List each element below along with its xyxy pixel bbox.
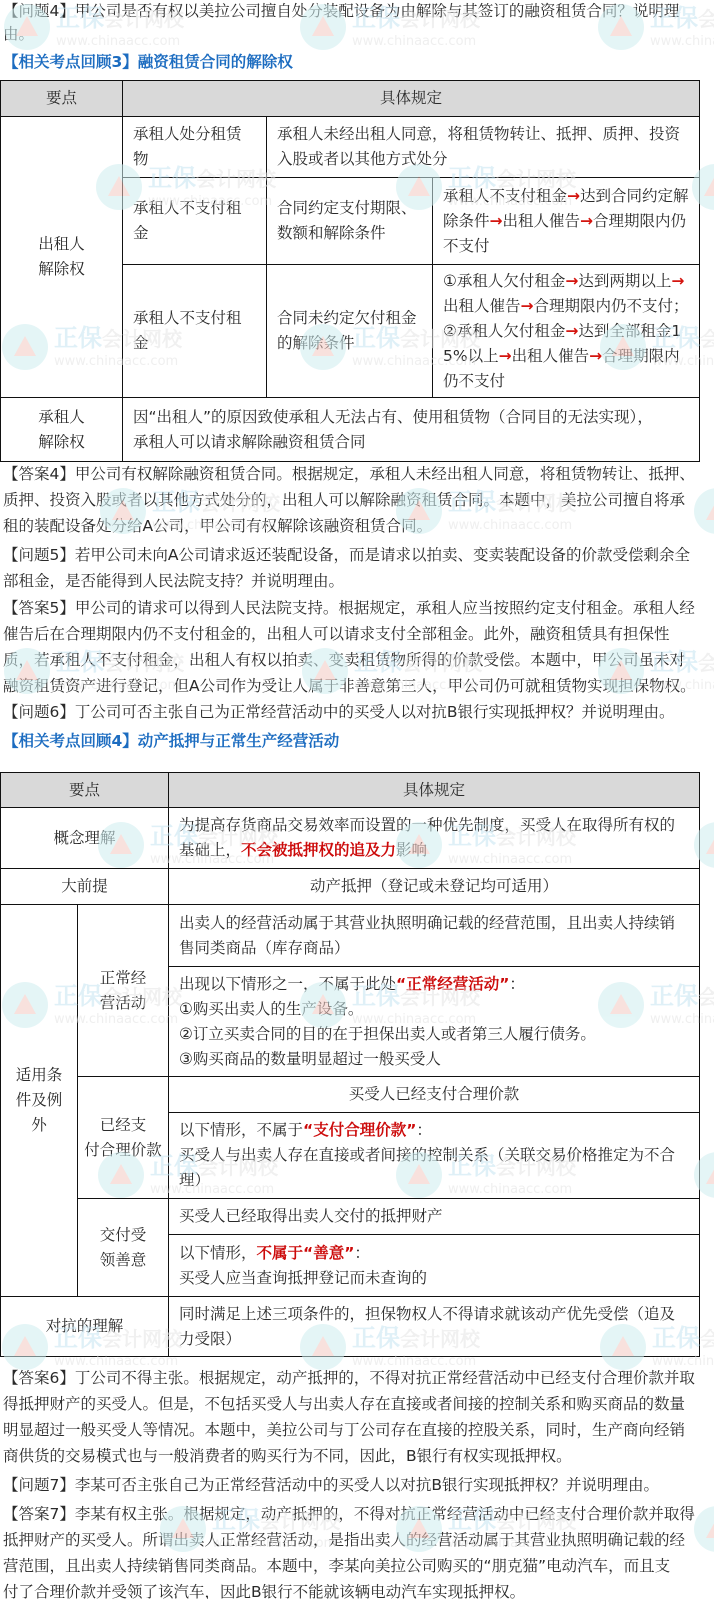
brand-sub: 会计网校 — [700, 327, 714, 351]
detail-cell: ①承租人欠付租金→达到两期以上→ 出租人催告→合理期限内仍不支付； ②承租人欠付… — [433, 265, 700, 398]
emphasis-text: “正常经营活动” — [396, 975, 509, 993]
cell-line: 以下情形，不属于“支付合理价款”： — [179, 1118, 689, 1143]
answer-5: 【答案5】甲公司的请求可以得到人民法院支持。根据规定，承租人应当按照约定支付租金… — [3, 595, 714, 699]
text-line: 明显超过一般买受人等情况。本题中，美拉公司与丁公司存在直接的控股关系，同时，生产… — [3, 1417, 714, 1443]
cell-line: 金 — [133, 331, 256, 356]
label-line: 营活动 — [82, 991, 164, 1016]
text-line: 融资租赁资产进行登记，但A公司作为受让人属于非善意第三人，甲公司仍可就租赁物实现… — [3, 673, 714, 699]
cell-line: ①承租人欠付租金→达到两期以上→ — [443, 269, 689, 294]
label-line: 出租人 — [5, 232, 118, 257]
answer-6: 【答案6】丁公司不得主张。根据规定，动产抵押的，不得对抗正常经营活动中已经支付合… — [3, 1365, 714, 1469]
text-line: 抵押财产的买受人。所谓出卖人正常经营活动，是指出卖人的经营活动属于其营业执照明确… — [3, 1527, 714, 1553]
cell-line: 合同未约定欠付租金 — [277, 306, 422, 331]
table-chattel-mortgage: 要点 具体规定 概念理解 为提高存货商品交易效率而设置的一种优先制度，买受人在取… — [0, 772, 700, 1357]
detail-cell: 出现以下情形之一，不属于此处“正常经营活动”： ①购买出卖人的生产设备。 ②订立… — [169, 967, 700, 1077]
cell-line: 数额和解除条件 — [277, 221, 422, 246]
brand-sub: 会计网校 — [700, 1327, 714, 1351]
arrow-right-icon: → — [671, 272, 684, 290]
arrow-right-icon: → — [490, 212, 503, 230]
detail-cell: 以下情形，不属于“支付合理价款”： 买受人与出卖人存在直接或者间接的控制关系（关… — [169, 1113, 700, 1199]
cell-line: 买受人应当查询抵押登记而未查询的 — [179, 1266, 689, 1291]
text: 以下情形， — [179, 1244, 257, 1262]
condition-cell: 承租人处分租赁 物 — [123, 117, 267, 178]
row-label-concept: 概念理解 — [1, 808, 169, 869]
cell-line: 以下情形，不属于“善意”： — [179, 1241, 689, 1266]
brand-sub: 会计网校 — [698, 985, 714, 1009]
cell-line: 出现以下情形之一，不属于此处“正常经营活动”： — [179, 972, 689, 997]
label-line: 解除权 — [5, 430, 118, 455]
cell-line: 承租人不支付租金→达到合同约定解 — [443, 184, 689, 209]
cell-line: 承租人处分租赁 — [133, 122, 256, 147]
label-line: 正常经 — [82, 966, 164, 991]
detail-cell: 为提高存货商品交易效率而设置的一种优先制度，买受人在取得所有权的 基础上，不会被… — [169, 808, 700, 869]
label-line: 交付受 — [82, 1223, 164, 1248]
table-row: 承租人 解除权 因“出租人”的原因致使承租人无法占有、使用租赁物（合同目的无法实… — [1, 398, 700, 462]
cell-line: 同时满足上述三项条件的，担保物权人不得请求就该动产优先受偿（追及 — [179, 1302, 689, 1327]
cell-line: 承租人可以请求解除融资租赁合同 — [133, 430, 689, 455]
label-line: 适用条 — [5, 1063, 73, 1088]
text: 影响 — [396, 841, 427, 859]
header-specific-rules: 具体规定 — [169, 773, 700, 808]
detail-cell: 动产抵押（登记或未登记均可适用） — [169, 869, 700, 905]
header-specific-rules: 具体规定 — [123, 81, 700, 117]
cell-line: ②订立买卖合同的目的在于担保出卖人或者第三人履行债务。 — [179, 1022, 689, 1047]
arrow-right-icon: → — [521, 297, 534, 315]
detail-cell: 买受人已经取得出卖人交付的抵押财产 — [169, 1199, 700, 1235]
text-line: 质押、投资入股或者以其他方式处分的，出租人可以解除融资租赁合同。本题中，美拉公司… — [3, 487, 714, 513]
text-line: 【问题6】丁公司可否主张自己为正常经营活动中的买受人以对抗B银行实现抵押权？并说… — [3, 699, 714, 725]
text-line: 租的装配设备处分给A公司，甲公司有权解除该融资租赁合同。 — [3, 513, 714, 539]
label-line: 领善意 — [82, 1248, 164, 1273]
cell-line: 承租人不支付租 — [133, 196, 256, 221]
label-line: 件及例 — [5, 1088, 73, 1113]
condition-cell: 承租人不支付租 金 — [123, 178, 267, 265]
cell-line: 售同类商品（库存商品） — [179, 936, 689, 961]
section-heading-review-4: 【相关考点回顾4】动产抵押与正常生产经营活动 — [3, 730, 339, 752]
cell-line: 出卖人的经营活动属于其营业执照明确记载的经营范围，且出卖人持续销 — [179, 911, 689, 936]
detail-cell: 出卖人的经营活动属于其营业执照明确记载的经营范围，且出卖人持续销 售同类商品（库… — [169, 905, 700, 967]
text-line: 商供货的交易模式也与一般消费者的购买行为不同，因此，B银行有权实现抵押权。 — [3, 1443, 714, 1469]
answer-4: 【答案4】甲公司有权解除融资租赁合同。根据规定，承租人未经出租人同意，将租赁物转… — [3, 461, 714, 539]
arrow-right-icon: → — [565, 322, 578, 340]
label-line: 承租人 — [5, 405, 118, 430]
case-cell: 合同约定支付期限、 数额和解除条件 — [267, 178, 433, 265]
arrow-right-icon: → — [567, 187, 580, 205]
emphasis-text: “支付合理价款” — [303, 1121, 416, 1139]
cell-line: 除条件→出租人催告→合理期限内仍 — [443, 209, 689, 234]
cell-line: 仍不支付 — [443, 369, 689, 394]
text-line: 【答案7】李某有权主张。根据规定，动产抵押的，不得对抗正常经营活动中已经支付合理… — [3, 1501, 714, 1527]
row-label-applicable-conditions: 适用条 件及例 外 — [1, 905, 78, 1297]
text-line: 质，若承租人不支付租金，出租人有权以拍卖、变卖租赁物所得的价款受偿。本题中，甲公… — [3, 647, 714, 673]
table-row: 概念理解 为提高存货商品交易效率而设置的一种优先制度，买受人在取得所有权的 基础… — [1, 808, 700, 869]
question-6: 【问题6】丁公司可否主张自己为正常经营活动中的买受人以对抗B银行实现抵押权？并说… — [3, 699, 714, 725]
question-4: 【问题4】甲公司是否有权以美拉公司擅自处分装配设备为由解除与其签订的融资租赁合同… — [3, 0, 714, 46]
sublabel-delivery-good-faith: 交付受 领善意 — [78, 1199, 169, 1297]
label-line: 外 — [5, 1113, 73, 1138]
cell-line: 基础上，不会被抵押权的追及力影响 — [179, 838, 689, 863]
sublabel-paid-price: 已经支 付合理价款 — [78, 1077, 169, 1199]
text: 基础上， — [179, 841, 241, 859]
arrow-right-icon: → — [589, 347, 602, 365]
detail-cell: 以下情形，不属于“善意”： 买受人应当查询抵押登记而未查询的 — [169, 1235, 700, 1297]
arrow-right-icon: → — [565, 272, 578, 290]
cell-line: 理） — [179, 1168, 689, 1193]
question-7: 【问题7】李某可否主张自己为正常经营活动中的买受人以对抗B银行实现抵押权？并说明… — [3, 1472, 714, 1498]
cell-line: 力受限） — [179, 1327, 689, 1352]
text-line: 付了合理价款并受领了该汽车，因此B银行不能就该辆电动汽车实现抵押权。 — [3, 1579, 714, 1599]
table-header-row: 要点 具体规定 — [1, 81, 700, 117]
cell-line: 5%以上→出租人催告→合理期限内 — [443, 344, 689, 369]
cell-line: 买受人与出卖人存在直接或者间接的控制关系（关联交易价格推定为不合 — [179, 1143, 689, 1168]
header-key-points: 要点 — [1, 773, 169, 808]
header-key-points: 要点 — [1, 81, 123, 117]
cell-line: ①购买出卖人的生产设备。 — [179, 997, 689, 1022]
cell-line: 承租人未经出租人同意，将租赁物转让、抵押、质押、投资 — [277, 122, 689, 147]
label-line: 已经支 — [82, 1113, 164, 1138]
text-line: 得抵押财产的买受人。但是，不包括买受人与出卖人存在直接或者间接的控制关系和购买商… — [3, 1391, 714, 1417]
detail-cell: 同时满足上述三项条件的，担保物权人不得请求就该动产优先受偿（追及 力受限） — [169, 1297, 700, 1357]
emphasis-text: 不会被抵押权的追及力 — [241, 841, 396, 859]
section-heading-review-3: 【相关考点回顾3】融资租赁合同的解除权 — [3, 51, 293, 73]
text-line: 【问题4】甲公司是否有权以美拉公司擅自处分装配设备为由解除与其签订的融资租赁合同… — [3, 0, 714, 23]
emphasis-text: 不属于“善意” — [257, 1244, 355, 1262]
logo-triangle-icon — [706, 1164, 714, 1184]
table-row: 已经支 付合理价款 买受人已经支付合理价款 — [1, 1077, 700, 1113]
table-row: 适用条 件及例 外 正常经 营活动 出卖人的经营活动属于其营业执照明确记载的经营… — [1, 905, 700, 967]
sublabel-normal-business: 正常经 营活动 — [78, 905, 169, 1077]
cell-line: 合同约定支付期限、 — [277, 196, 422, 221]
row-label-against: 对抗的理解 — [1, 1297, 169, 1357]
text-line: 【答案5】甲公司的请求可以得到人民法院支持。根据规定，承租人应当按照约定支付租金… — [3, 595, 714, 621]
text-line: 营范围，且出卖人持续销售同类商品。本题中，李某向美拉公司购买的“朋克猫”电动汽车… — [3, 1553, 714, 1579]
detail-cell: 承租人不支付租金→达到合同约定解 除条件→出租人催告→合理期限内仍 不支付 — [433, 178, 700, 265]
text-line: 部租金，是否能得到人民法院支持？并说明理由。 — [3, 568, 714, 594]
cell-line: 因“出租人”的原因致使承租人无法占有、使用租赁物（合同目的无法实现）， — [133, 405, 689, 430]
text-line: 由。 — [3, 23, 714, 46]
cell-line: 物 — [133, 147, 256, 172]
case-cell: 合同未约定欠付租金 的解除条件 — [267, 265, 433, 398]
text-line: 催告后在合理期限内仍不支付租金的，出租人可以请求支付全部租金。此外，融资租赁具有… — [3, 621, 714, 647]
text-line: 【答案6】丁公司不得主张。根据规定，动产抵押的，不得对抗正常经营活动中已经支付合… — [3, 1365, 714, 1391]
text: ： — [354, 1244, 370, 1262]
row-label-lessee-termination: 承租人 解除权 — [1, 398, 123, 462]
table-row: 对抗的理解 同时满足上述三项条件的，担保物权人不得请求就该动产优先受偿（追及 力… — [1, 1297, 700, 1357]
text: ： — [416, 1121, 432, 1139]
cell-line: 入股或者以其他方式处分 — [277, 147, 689, 172]
text: 出现以下情形之一，不属于此处 — [179, 975, 396, 993]
cell-line: 不支付 — [443, 234, 689, 259]
question-5: 【问题5】若甲公司未向A公司请求返还装配设备，而是请求以拍卖、变卖装配设备的价款… — [3, 542, 714, 594]
cell-line: ②承租人欠付租金→达到全部租金1 — [443, 319, 689, 344]
cell-line: 承租人不支付租 — [133, 306, 256, 331]
condition-cell: 承租人不支付租 金 — [123, 265, 267, 398]
arrow-right-icon: → — [580, 212, 593, 230]
label-line: 解除权 — [5, 257, 118, 282]
logo-triangle-icon — [704, 176, 714, 196]
row-label-lessor-termination: 出租人 解除权 — [1, 117, 123, 398]
arrow-right-icon: → — [499, 347, 512, 365]
detail-cell: 承租人未经出租人同意，将租赁物转让、抵押、质押、投资 入股或者以其他方式处分 — [267, 117, 700, 178]
table-header-row: 要点 具体规定 — [1, 773, 700, 808]
table-lease-termination: 要点 具体规定 出租人 解除权 承租人处分租赁 物 承租人未经出租人同意，将租赁… — [0, 80, 700, 462]
cell-line: 出租人催告→合理期限内仍不支付； — [443, 294, 689, 319]
logo-triangle-icon — [706, 834, 714, 854]
row-label-premise: 大前提 — [1, 869, 169, 905]
detail-cell: 买受人已经支付合理价款 — [169, 1077, 700, 1113]
text-line: 【答案4】甲公司有权解除融资租赁合同。根据规定，承租人未经出租人同意，将租赁物转… — [3, 461, 714, 487]
cell-line: ③购买商品的数量明显超过一般买受人 — [179, 1047, 689, 1072]
cell-line: 的解除条件 — [277, 331, 422, 356]
label-line: 付合理价款 — [82, 1138, 164, 1163]
cell-line: 金 — [133, 221, 256, 246]
text-line: 【问题5】若甲公司未向A公司请求返还装配设备，而是请求以拍卖、变卖装配设备的价款… — [3, 542, 714, 568]
text: ： — [509, 975, 525, 993]
table-row: 交付受 领善意 买受人已经取得出卖人交付的抵押财产 — [1, 1199, 700, 1235]
table-row: 大前提 动产抵押（登记或未登记均可适用） — [1, 869, 700, 905]
cell-line: 为提高存货商品交易效率而设置的一种优先制度，买受人在取得所有权的 — [179, 813, 689, 838]
table-row: 出租人 解除权 承租人处分租赁 物 承租人未经出租人同意，将租赁物转让、抵押、质… — [1, 117, 700, 178]
answer-7: 【答案7】李某有权主张。根据规定，动产抵押的，不得对抗正常经营活动中已经支付合理… — [3, 1501, 714, 1599]
text: 以下情形，不属于 — [179, 1121, 303, 1139]
detail-cell: 因“出租人”的原因致使承租人无法占有、使用租赁物（合同目的无法实现）， 承租人可… — [123, 398, 700, 462]
text-line: 【问题7】李某可否主张自己为正常经营活动中的买受人以对抗B银行实现抵押权？并说明… — [3, 1472, 714, 1498]
